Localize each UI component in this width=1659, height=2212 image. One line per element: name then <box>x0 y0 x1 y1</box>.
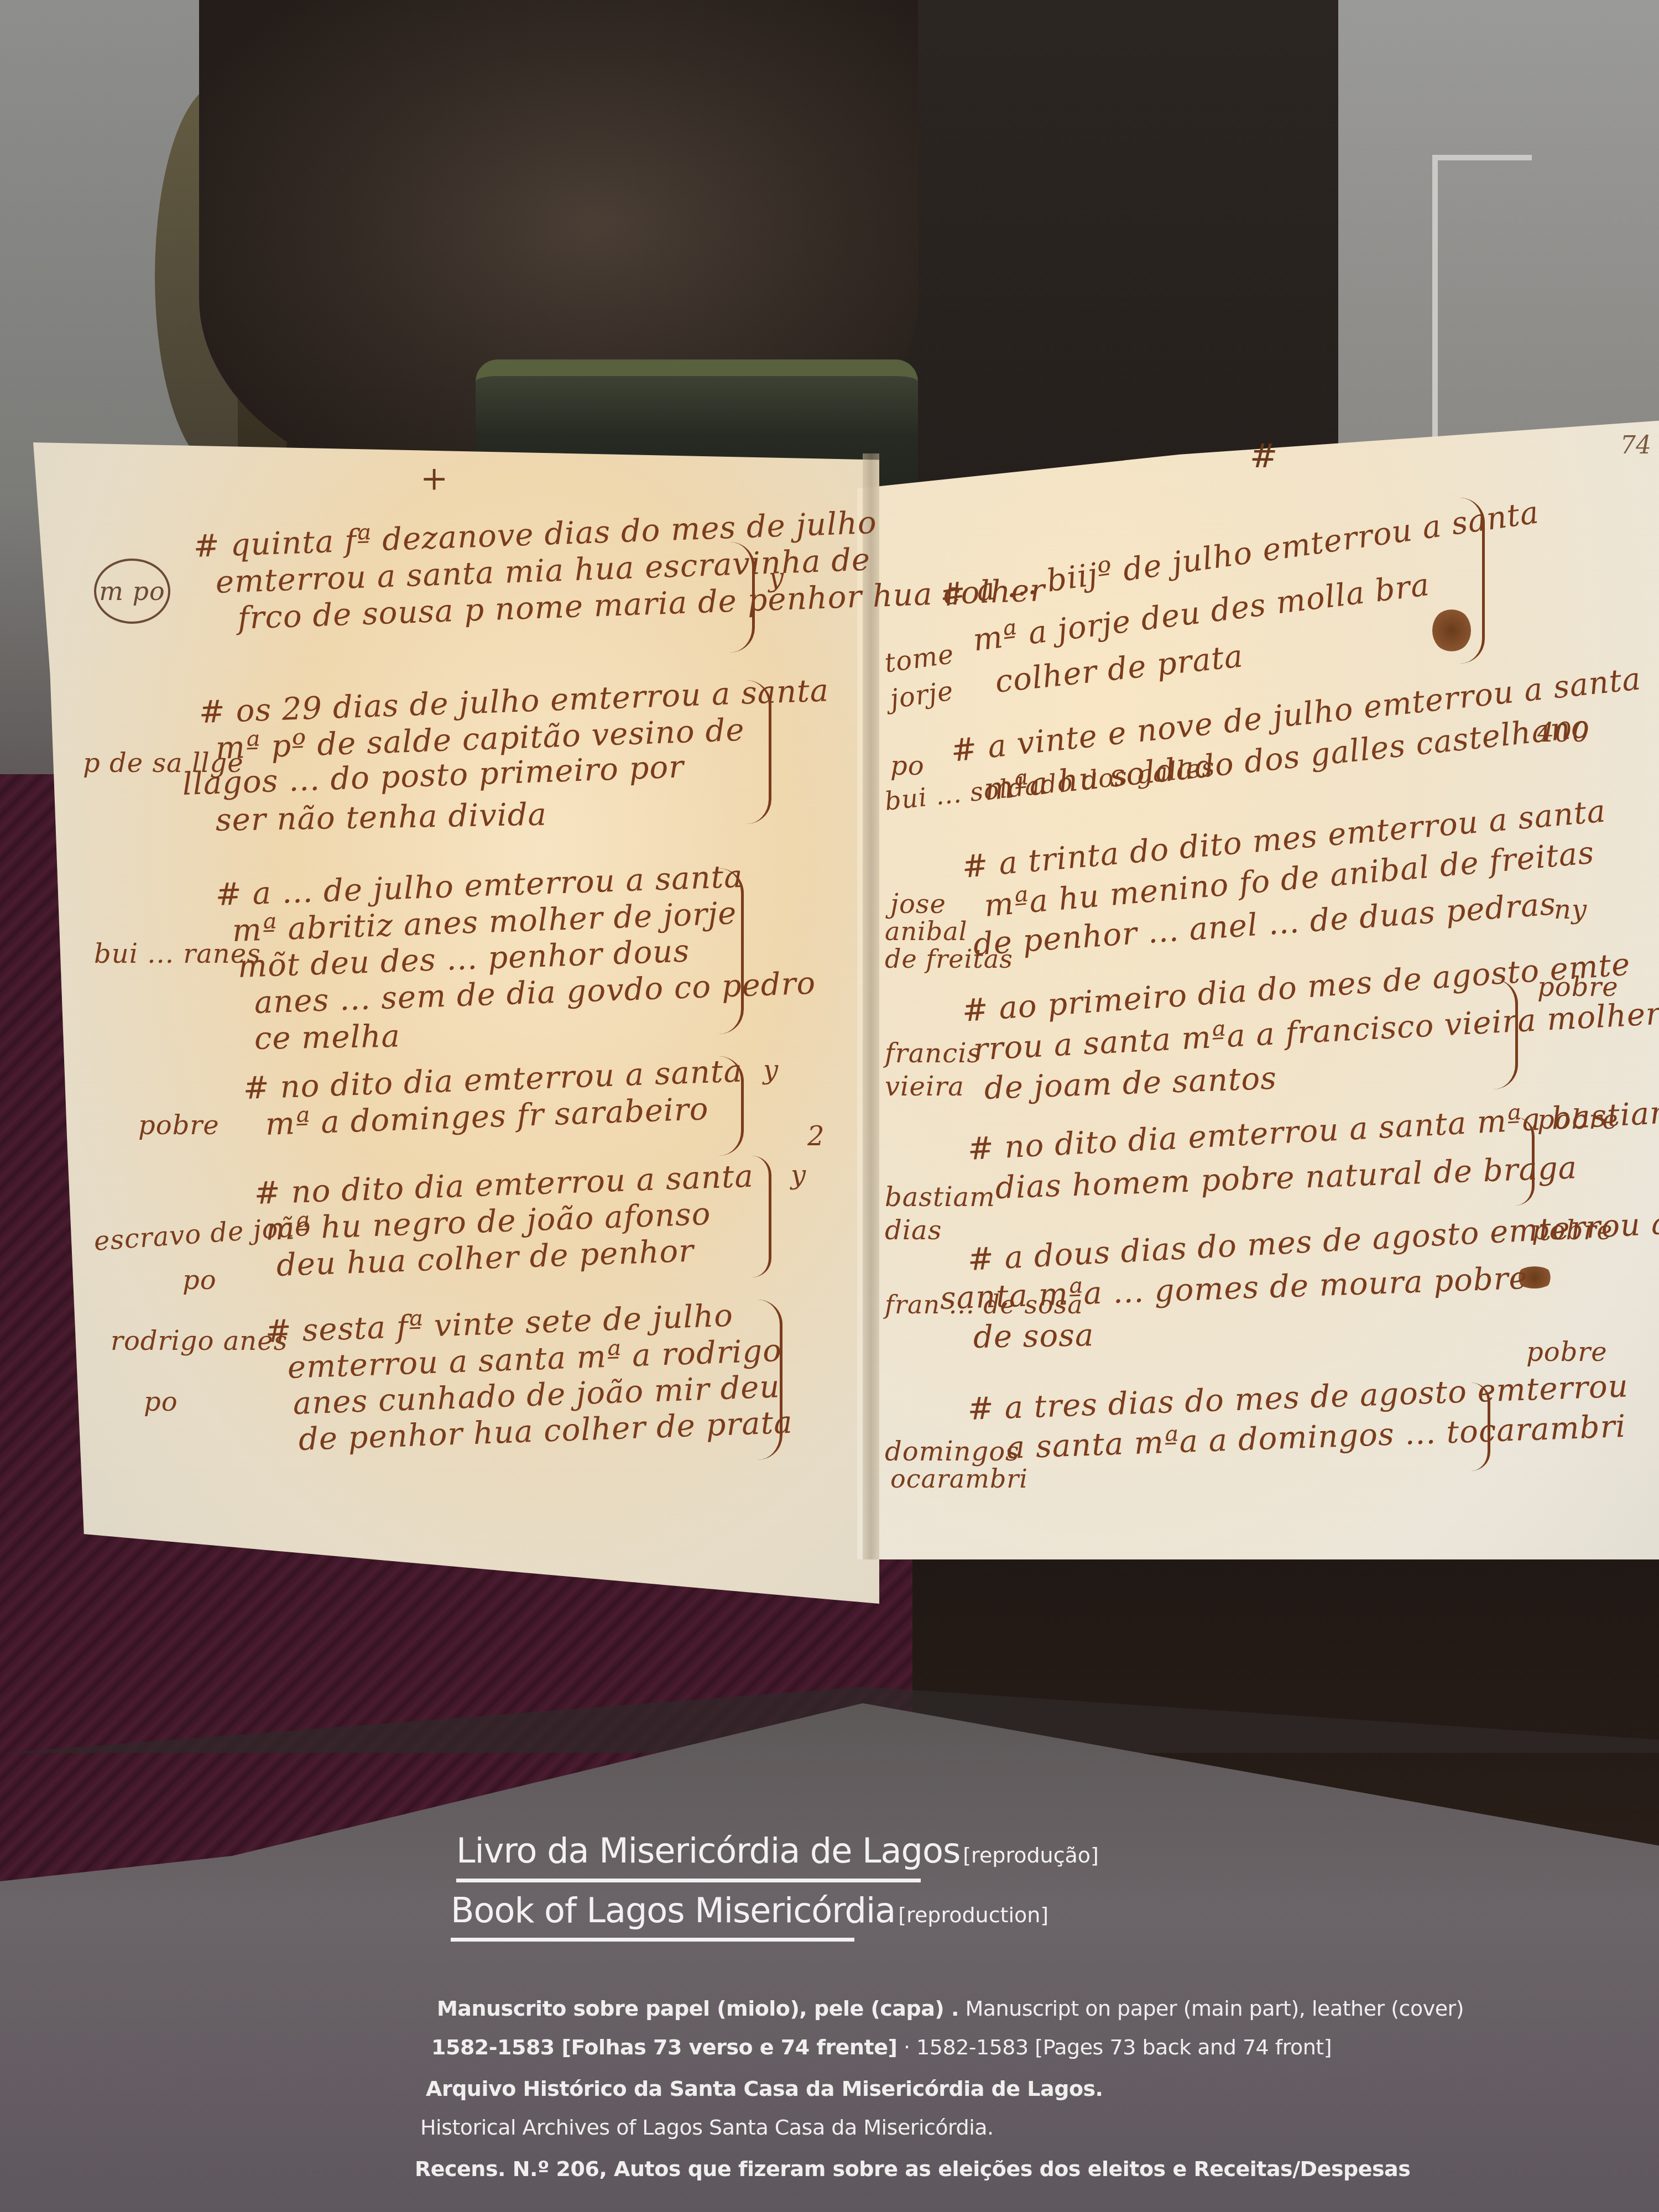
page-number: 74 <box>1620 431 1651 460</box>
margin-note: de freitas <box>885 946 1013 972</box>
margin-circle-note: m po <box>94 559 170 624</box>
entry-line: ser não tenha divida <box>215 799 547 837</box>
right-margin-note: ny <box>1554 896 1587 924</box>
margin-note: francis <box>885 1040 981 1067</box>
entry-bracket <box>730 542 755 653</box>
margin-note: po <box>144 1388 178 1416</box>
entry-bracket <box>719 868 744 1034</box>
margin-note: p de sa llge <box>83 749 244 777</box>
margin-note: domingos <box>885 1438 1020 1465</box>
pobre-note: pobre <box>1537 1106 1619 1134</box>
pobre-note: pobre <box>1537 973 1619 1001</box>
margin-note: jose <box>890 890 946 918</box>
margin-note: rodrigo anes <box>111 1327 288 1355</box>
entry-bracket <box>1460 498 1485 664</box>
entry-bracket <box>752 1156 771 1277</box>
right-margin-mark: y <box>769 564 784 592</box>
right-margin-note: 400 <box>1537 719 1590 747</box>
pobre-note: pobre <box>1526 1338 1608 1366</box>
right-page-top-mark: # <box>1250 437 1277 476</box>
right-margin-mark: y <box>791 1161 806 1189</box>
manuscript: + m po # quinta fª dezanove dias do mes … <box>33 420 1659 1609</box>
entry-bracket <box>719 1056 744 1156</box>
margin-note: po <box>890 752 925 780</box>
margin-note: pobre <box>138 1112 220 1139</box>
margin-note: anibal <box>885 918 967 945</box>
entry-bracket <box>747 680 771 824</box>
margin-note: vieira <box>885 1073 964 1100</box>
margin-note: ocarambri <box>890 1465 1028 1492</box>
margin-note: dias <box>885 1217 942 1244</box>
right-margin-mark: 2 <box>807 1123 825 1150</box>
left-page-top-mark: + <box>420 459 448 498</box>
margin-note: bui ... ranes <box>94 940 261 968</box>
book-gutter <box>863 453 879 1559</box>
entry-line: ce melha <box>254 1020 400 1055</box>
entry-bracket <box>758 1300 782 1460</box>
margin-note: po <box>182 1266 217 1294</box>
pobre-note: pobre <box>1532 1217 1613 1244</box>
margin-note: fran ... de sosa <box>885 1291 1083 1318</box>
entry-bracket <box>1471 1383 1490 1471</box>
entry-bracket <box>1515 1117 1535 1206</box>
entry-bracket <box>1493 979 1518 1089</box>
entry-line: de sosa <box>973 1319 1094 1354</box>
right-margin-mark: y <box>763 1056 779 1084</box>
margin-note: bastiam <box>885 1183 995 1211</box>
